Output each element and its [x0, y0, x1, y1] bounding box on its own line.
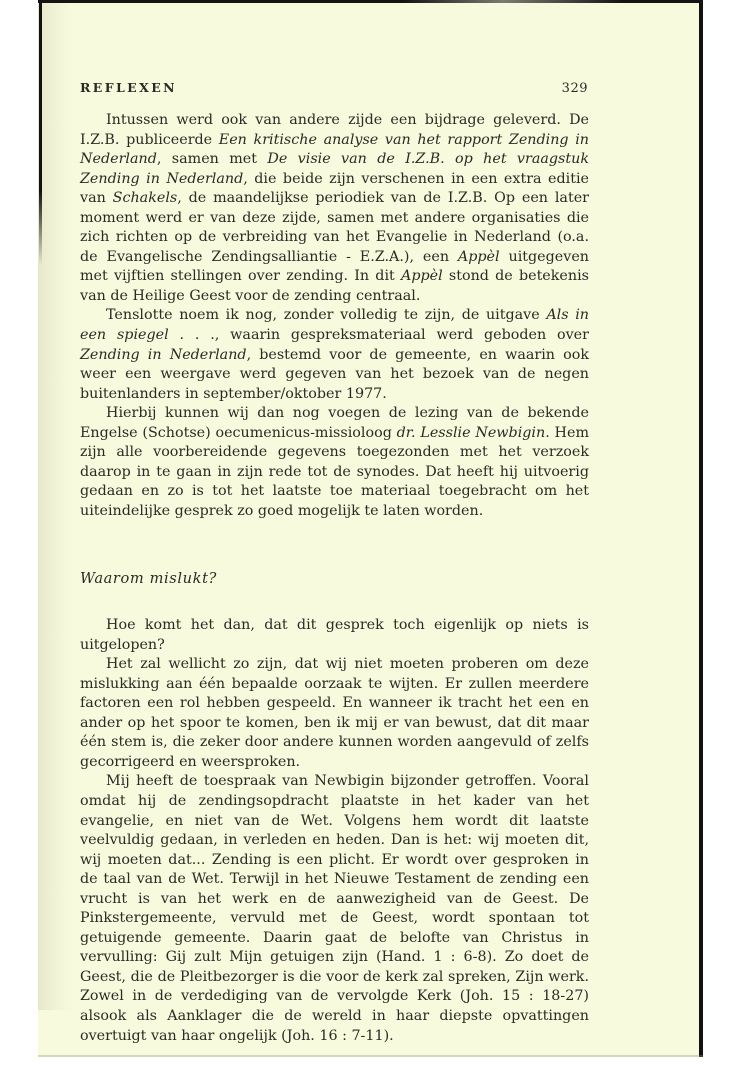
page-paper: REFLEXEN 329 Intussen werd ook van ander…	[38, 0, 703, 1057]
running-header: REFLEXEN 329	[80, 80, 588, 96]
scanned-book-page: REFLEXEN 329 Intussen werd ook van ander…	[0, 0, 738, 1068]
page-edge-bottom	[38, 1055, 703, 1057]
page-edge-right	[699, 3, 703, 1057]
page-number: 329	[562, 81, 588, 96]
gutter-shadow	[38, 0, 72, 1010]
body-paragraph: Tenslotte noem ik nog, zonder volledig t…	[80, 306, 589, 404]
page-body: Intussen werd ook van andere zijde een b…	[80, 111, 589, 1046]
body-paragraph: Hoe komt het dan, dat dit gesprek toch e…	[80, 616, 589, 655]
body-paragraph: Intussen werd ook van andere zijde een b…	[80, 111, 589, 306]
page-edge-top	[38, 0, 703, 3]
page-edge-left	[39, 0, 42, 265]
running-header-title: REFLEXEN	[80, 80, 177, 95]
section-heading: Waarom mislukt?	[80, 569, 589, 589]
body-paragraph: Hierbij kunnen wij dan nog voegen de lez…	[80, 404, 589, 521]
body-paragraph: Het zal wellicht zo zijn, dat wij niet m…	[80, 655, 589, 772]
body-paragraph: Mij heeft de toespraak van Newbigin bijz…	[80, 772, 589, 1046]
